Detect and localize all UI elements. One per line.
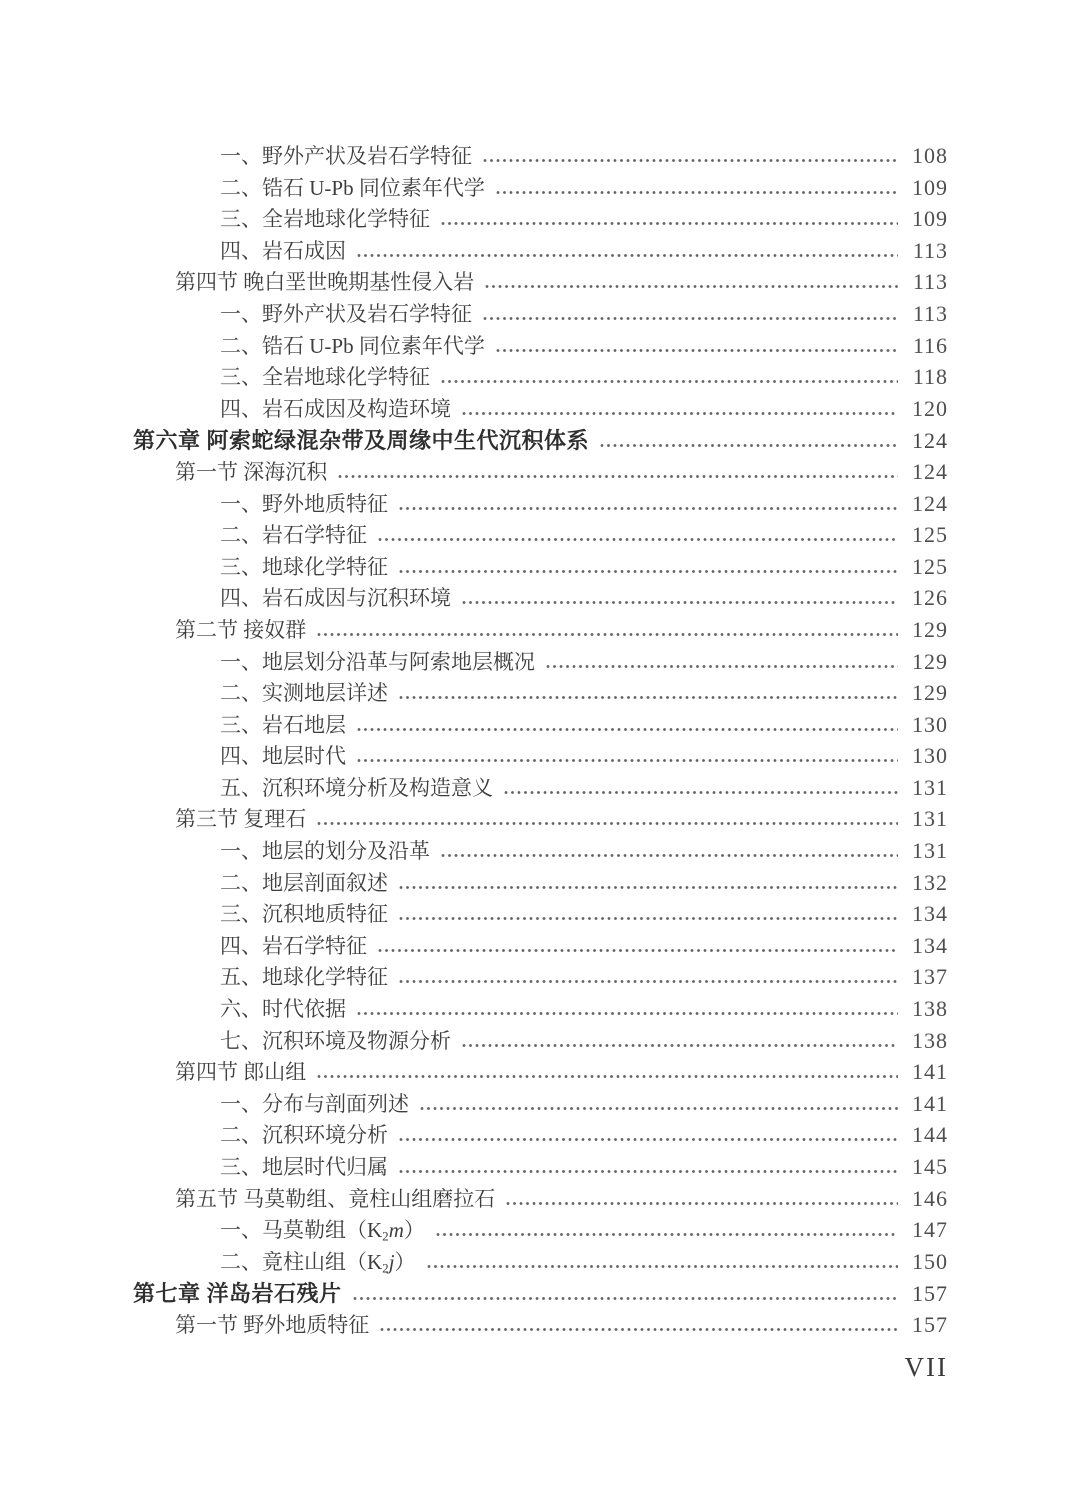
dot-leader <box>356 1011 898 1016</box>
toc-entry-label: 第七章 洋岛岩石残片 <box>133 1277 342 1308</box>
toc-entry-label: 二、竟柱山组（K2j） <box>220 1246 416 1277</box>
dot-leader <box>495 190 898 195</box>
toc-entry: 一、地层划分沿革与阿索地层概况129 <box>133 646 948 678</box>
toc-entry-page: 109 <box>904 175 948 201</box>
toc-entry: 第一节 深海沉积124 <box>133 456 948 488</box>
toc-entry-label: 三、地球化学特征 <box>220 551 388 581</box>
toc-entry-label: 二、实测地层详述 <box>220 677 388 707</box>
dot-leader <box>398 979 898 984</box>
dot-leader <box>545 664 898 669</box>
toc-entry-page: 120 <box>904 396 948 422</box>
dot-leader <box>495 348 898 353</box>
toc-entry-page: 118 <box>904 364 948 390</box>
toc-entry: 一、地层的划分及沿革131 <box>133 835 948 867</box>
toc-entry: 三、全岩地球化学特征109 <box>133 203 948 235</box>
dot-leader <box>419 1106 898 1111</box>
toc-entry-label: 第一节 深海沉积 <box>175 456 327 486</box>
toc-entry-label: 一、野外产状及岩石学特征 <box>220 298 472 328</box>
toc-entry: 五、沉积环境分析及构造意义131 <box>133 772 948 804</box>
dot-leader <box>398 569 898 574</box>
toc-entry-page: 141 <box>904 1091 948 1117</box>
toc-entry: 一、野外产状及岩石学特征113 <box>133 298 948 330</box>
toc-entry-page: 157 <box>904 1281 948 1307</box>
toc-entry-page: 129 <box>904 649 948 675</box>
toc-entry: 一、野外地质特征124 <box>133 488 948 520</box>
toc-entry-page: 124 <box>904 491 948 517</box>
toc-entry-page: 125 <box>904 554 948 580</box>
dot-leader <box>316 632 898 637</box>
dot-leader <box>377 537 898 542</box>
toc-entry-page: 137 <box>904 964 948 990</box>
toc-entry-page: 125 <box>904 522 948 548</box>
dot-leader <box>316 821 898 826</box>
toc-entry: 一、野外产状及岩石学特征108 <box>133 140 948 172</box>
dot-leader <box>440 379 898 384</box>
toc-entry: 三、岩石地层130 <box>133 709 948 741</box>
toc-entry: 二、地层剖面叙述132 <box>133 867 948 899</box>
toc-entry-label: 七、沉积环境及物源分析 <box>220 1025 451 1055</box>
toc-entry-page: 134 <box>904 901 948 927</box>
toc-entry-label: 二、锆石 U-Pb 同位素年代学 <box>220 330 485 360</box>
toc-entry: 第五节 马莫勒组、竟柱山组磨拉石146 <box>133 1183 948 1215</box>
dot-leader <box>356 253 898 258</box>
toc-entry-page: 131 <box>904 838 948 864</box>
toc-entry-page: 124 <box>904 459 948 485</box>
toc-entry: 第七章 洋岛岩石残片157 <box>133 1277 948 1309</box>
toc-entry: 第三节 复理石131 <box>133 803 948 835</box>
toc-entry-page: 138 <box>904 1028 948 1054</box>
dot-leader <box>426 1264 898 1269</box>
toc-entry-page: 113 <box>904 301 948 327</box>
toc-entry-label: 二、岩石学特征 <box>220 519 367 549</box>
toc-entry-page: 141 <box>904 1059 948 1085</box>
toc-entry-page: 131 <box>904 775 948 801</box>
dot-leader <box>482 158 898 163</box>
toc-entry-page: 134 <box>904 933 948 959</box>
toc-entry: 二、竟柱山组（K2j）150 <box>133 1246 948 1278</box>
dot-leader <box>379 1327 898 1332</box>
toc-entry-page: 126 <box>904 585 948 611</box>
dot-leader <box>398 1169 898 1174</box>
toc-entry: 五、地球化学特征137 <box>133 961 948 993</box>
dot-leader <box>440 221 898 226</box>
toc-entry: 一、分布与剖面列述141 <box>133 1088 948 1120</box>
toc-list: 一、野外产状及岩石学特征108二、锆石 U-Pb 同位素年代学109三、全岩地球… <box>133 140 948 1341</box>
dot-leader <box>356 758 898 763</box>
toc-entry-label: 二、沉积环境分析 <box>220 1119 388 1149</box>
toc-entry: 第四节 郎山组141 <box>133 1056 948 1088</box>
scanned-toc-page: 一、野外产状及岩石学特征108二、锆石 U-Pb 同位素年代学109三、全岩地球… <box>0 0 1080 1504</box>
dot-leader <box>503 790 898 795</box>
dot-leader <box>482 316 898 321</box>
toc-entry-label: 三、岩石地层 <box>220 709 346 739</box>
toc-entry: 四、岩石学特征134 <box>133 930 948 962</box>
dot-leader <box>398 506 898 511</box>
toc-entry-page: 129 <box>904 617 948 643</box>
dot-leader <box>505 1201 898 1206</box>
toc-entry-page: 116 <box>904 333 948 359</box>
toc-entry-label: 第六章 阿索蛇绿混杂带及周缘中生代沉积体系 <box>133 424 589 455</box>
toc-entry-page: 109 <box>904 206 948 232</box>
dot-leader <box>398 885 898 890</box>
toc-entry-page: 144 <box>904 1122 948 1148</box>
toc-entry: 四、岩石成因及构造环境120 <box>133 393 948 425</box>
toc-entry-label: 第三节 复理石 <box>175 803 306 833</box>
toc-entry-page: 145 <box>904 1154 948 1180</box>
toc-entry-page: 146 <box>904 1186 948 1212</box>
toc-entry-label: 二、锆石 U-Pb 同位素年代学 <box>220 172 485 202</box>
toc-entry: 二、锆石 U-Pb 同位素年代学109 <box>133 172 948 204</box>
toc-entry-page: 147 <box>904 1217 948 1243</box>
footer-page-number: VII <box>905 1352 948 1383</box>
toc-entry: 三、沉积地质特征134 <box>133 898 948 930</box>
toc-entry-label: 三、全岩地球化学特征 <box>220 203 430 233</box>
toc-entry: 第一节 野外地质特征157 <box>133 1309 948 1341</box>
toc-entry-label: 一、地层划分沿革与阿索地层概况 <box>220 646 535 676</box>
toc-entry-page: 132 <box>904 870 948 896</box>
toc-entry-page: 150 <box>904 1249 948 1275</box>
toc-entry-label: 一、分布与剖面列述 <box>220 1088 409 1118</box>
toc-entry-label: 四、岩石成因及构造环境 <box>220 393 451 423</box>
toc-entry-label: 五、沉积环境分析及构造意义 <box>220 772 493 802</box>
toc-entry-label: 三、地层时代归属 <box>220 1151 388 1181</box>
toc-entry-label: 一、马莫勒组（K2m） <box>220 1214 425 1245</box>
toc-entry-label: 六、时代依据 <box>220 993 346 1023</box>
toc-entry-label: 第四节 郎山组 <box>175 1056 306 1086</box>
toc-entry-page: 113 <box>904 269 948 295</box>
toc-entry-label: 一、野外产状及岩石学特征 <box>220 140 472 170</box>
toc-entry-label: 四、地层时代 <box>220 740 346 770</box>
toc-entry-page: 124 <box>904 428 948 454</box>
dot-leader <box>356 727 898 732</box>
toc-entry: 一、马莫勒组（K2m）147 <box>133 1214 948 1246</box>
toc-entry-label: 第五节 马莫勒组、竟柱山组磨拉石 <box>175 1183 495 1213</box>
toc-entry: 七、沉积环境及物源分析138 <box>133 1025 948 1057</box>
toc-entry: 第二节 接奴群129 <box>133 614 948 646</box>
toc-entry-label: 第四节 晚白垩世晚期基性侵入岩 <box>175 266 474 296</box>
dot-leader <box>352 1296 898 1301</box>
toc-entry: 三、地球化学特征125 <box>133 551 948 583</box>
dot-leader <box>484 284 898 289</box>
dot-leader <box>461 411 898 416</box>
toc-entry-page: 138 <box>904 996 948 1022</box>
toc-entry: 三、全岩地球化学特征118 <box>133 361 948 393</box>
toc-entry-label: 第一节 野外地质特征 <box>175 1309 369 1339</box>
toc-entry: 二、实测地层详述129 <box>133 677 948 709</box>
toc-entry: 第四节 晚白垩世晚期基性侵入岩113 <box>133 266 948 298</box>
toc-entry-label: 第二节 接奴群 <box>175 614 306 644</box>
toc-entry-label: 五、地球化学特征 <box>220 961 388 991</box>
toc-entry: 第六章 阿索蛇绿混杂带及周缘中生代沉积体系124 <box>133 424 948 456</box>
toc-entry-label: 三、沉积地质特征 <box>220 898 388 928</box>
toc-entry-page: 131 <box>904 806 948 832</box>
toc-entry-page: 130 <box>904 712 948 738</box>
toc-entry: 四、地层时代130 <box>133 740 948 772</box>
dot-leader <box>398 916 898 921</box>
dot-leader <box>461 1043 898 1048</box>
toc-entry: 三、地层时代归属145 <box>133 1151 948 1183</box>
dot-leader <box>440 853 898 858</box>
toc-entry: 二、沉积环境分析144 <box>133 1119 948 1151</box>
toc-entry-page: 129 <box>904 680 948 706</box>
toc-entry-label: 一、野外地质特征 <box>220 488 388 518</box>
toc-entry-page: 113 <box>904 238 948 264</box>
toc-entry-label: 三、全岩地球化学特征 <box>220 361 430 391</box>
toc-entry: 四、岩石成因113 <box>133 235 948 267</box>
toc-entry: 二、岩石学特征125 <box>133 519 948 551</box>
dot-leader <box>316 1074 898 1079</box>
toc-entry: 二、锆石 U-Pb 同位素年代学116 <box>133 330 948 362</box>
dot-leader <box>435 1232 898 1237</box>
toc-entry: 四、岩石成因与沉积环境126 <box>133 582 948 614</box>
toc-entry-page: 157 <box>904 1312 948 1338</box>
toc-entry-label: 四、岩石成因与沉积环境 <box>220 582 451 612</box>
dot-leader <box>599 443 898 448</box>
dot-leader <box>337 474 898 479</box>
toc-entry-label: 四、岩石学特征 <box>220 930 367 960</box>
toc-entry-label: 四、岩石成因 <box>220 235 346 265</box>
toc-entry-label: 二、地层剖面叙述 <box>220 867 388 897</box>
dot-leader <box>398 695 898 700</box>
toc-entry-page: 108 <box>904 143 948 169</box>
dot-leader <box>398 1137 898 1142</box>
dot-leader <box>377 948 898 953</box>
dot-leader <box>461 600 898 605</box>
toc-entry-page: 130 <box>904 743 948 769</box>
toc-entry: 六、时代依据138 <box>133 993 948 1025</box>
toc-entry-label: 一、地层的划分及沿革 <box>220 835 430 865</box>
